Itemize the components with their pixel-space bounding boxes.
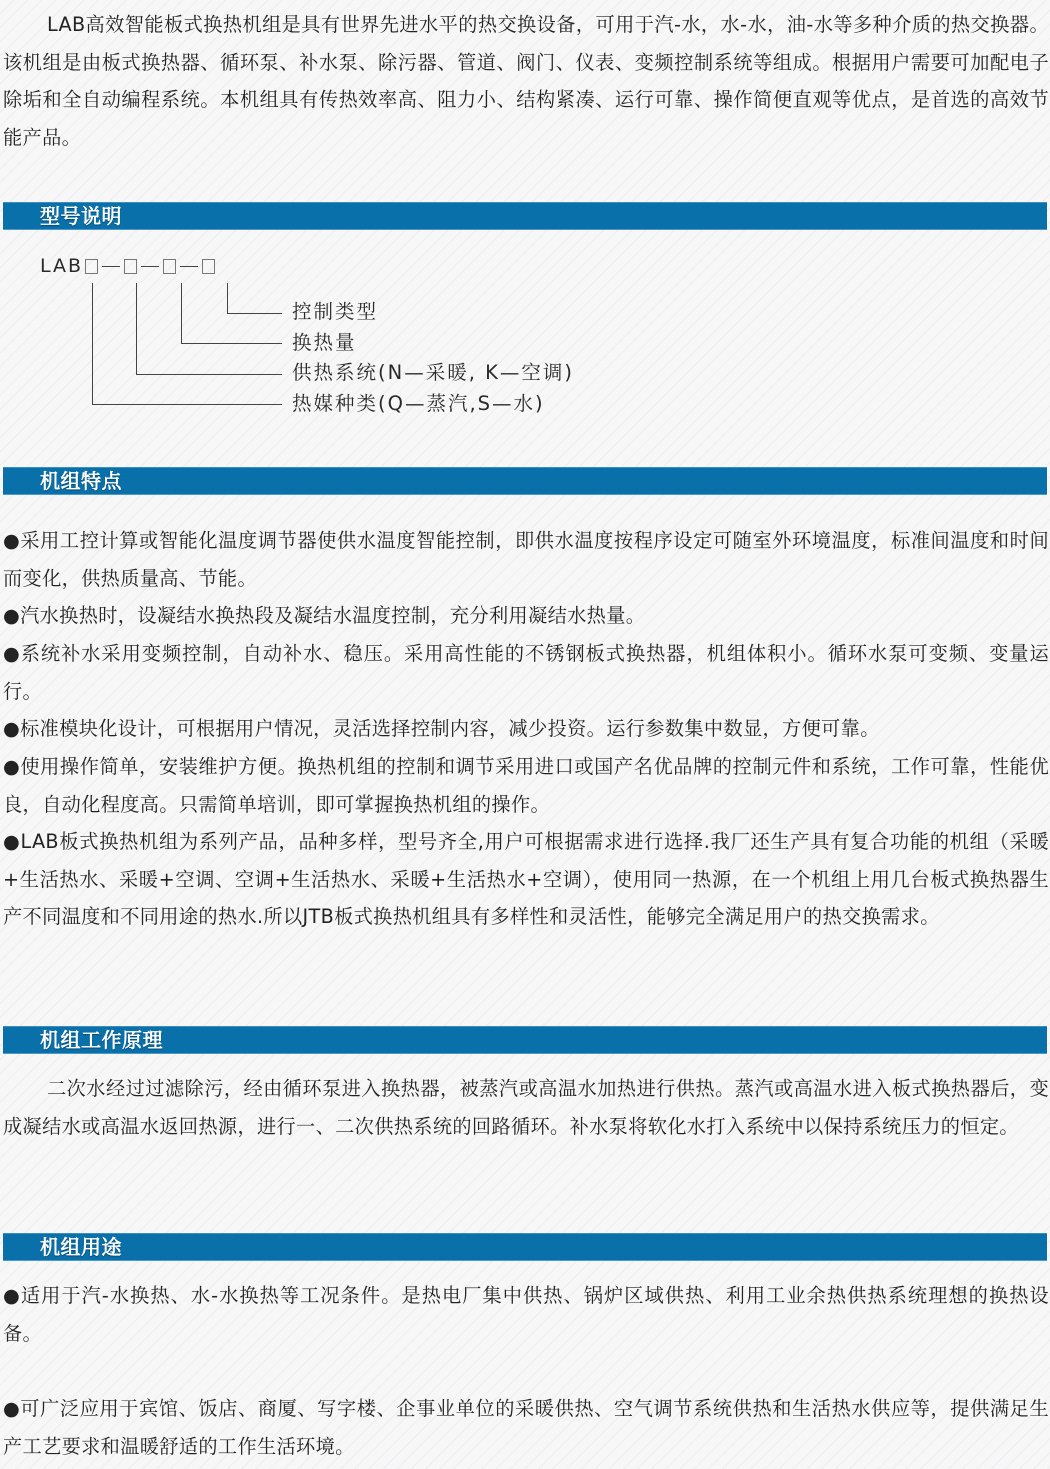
section-title: 型号说明 bbox=[40, 203, 122, 229]
feature-item: ●系统补水采用变频控制，自动补水、稳压。采用高性能的不锈钢板式换热器，机组体积小… bbox=[3, 635, 1049, 710]
feature-item: ●使用操作简单，安装维护方便。换热机组的控制和调节采用进口或国产名优品牌的控制元… bbox=[3, 748, 1049, 823]
legend-heat-capacity: 换热量 bbox=[292, 331, 357, 355]
legend-heat-medium: 热媒种类(Q—蒸汽,S—水) bbox=[292, 392, 545, 416]
connector-line bbox=[227, 313, 282, 314]
separator-dash bbox=[180, 266, 198, 267]
placeholder-box-1 bbox=[85, 259, 98, 274]
model-code-diagram: LAB 控制类型 换热量 供热系统(N—采暖, K—空调) 热媒种类(Q—蒸汽,… bbox=[20, 245, 640, 425]
section-header-features: 机组特点 bbox=[3, 467, 1047, 495]
feature-item: ●标准模块化设计，可根据用户情况，灵活选择控制内容，减少投资。运行参数集中数显，… bbox=[3, 710, 1049, 748]
intro-paragraph: LAB高效智能板式换热机组是具有世界先进水平的热交换设备，可用于汽-水，水-水，… bbox=[3, 6, 1049, 156]
connector-line bbox=[181, 343, 282, 344]
connector-line bbox=[227, 283, 228, 313]
section-header-model: 型号说明 bbox=[3, 202, 1047, 230]
placeholder-box-2 bbox=[124, 259, 137, 274]
connector-line bbox=[92, 283, 93, 404]
model-code-prefix: LAB bbox=[40, 255, 83, 277]
principle-paragraph: 二次水经过过滤除污，经由循环泵进入换热器，被蒸汽或高温水加热进行供热。蒸汽或高温… bbox=[3, 1070, 1049, 1145]
model-code: LAB bbox=[40, 255, 217, 277]
feature-item: ●采用工控计算或智能化温度调节器使供水温度智能控制，即供水温度按程序设定可随室外… bbox=[3, 522, 1049, 597]
feature-item: ●LAB板式换热机组为系列产品，品种多样，型号齐全,用户可根据需求进行选择.我厂… bbox=[3, 823, 1049, 936]
usage-item: ●可广泛应用于宾馆、饭店、商厦、写字楼、企事业单位的采暖供热、空气调节系统供热和… bbox=[3, 1390, 1049, 1465]
feature-item: ●汽水换热时，设凝结水换热段及凝结水温度控制，充分利用凝结水热量。 bbox=[3, 597, 1049, 635]
section-title: 机组用途 bbox=[40, 1234, 122, 1260]
legend-heating-system: 供热系统(N—采暖, K—空调) bbox=[292, 361, 574, 385]
usage-item: ●适用于汽-水换热、水-水换热等工况条件。是热电厂集中供热、锅炉区域供热、利用工… bbox=[3, 1277, 1049, 1352]
separator-dash bbox=[102, 266, 120, 267]
connector-line bbox=[136, 283, 137, 374]
section-title: 机组工作原理 bbox=[40, 1027, 163, 1053]
placeholder-box-4 bbox=[202, 259, 215, 274]
connector-line bbox=[92, 404, 282, 405]
legend-control-type: 控制类型 bbox=[292, 300, 378, 324]
section-header-principle: 机组工作原理 bbox=[3, 1026, 1047, 1054]
connector-line bbox=[181, 283, 182, 343]
section-header-usage: 机组用途 bbox=[3, 1233, 1047, 1261]
placeholder-box-3 bbox=[163, 259, 176, 274]
connector-line bbox=[136, 374, 282, 375]
section-title: 机组特点 bbox=[40, 468, 122, 494]
separator-dash bbox=[141, 266, 159, 267]
